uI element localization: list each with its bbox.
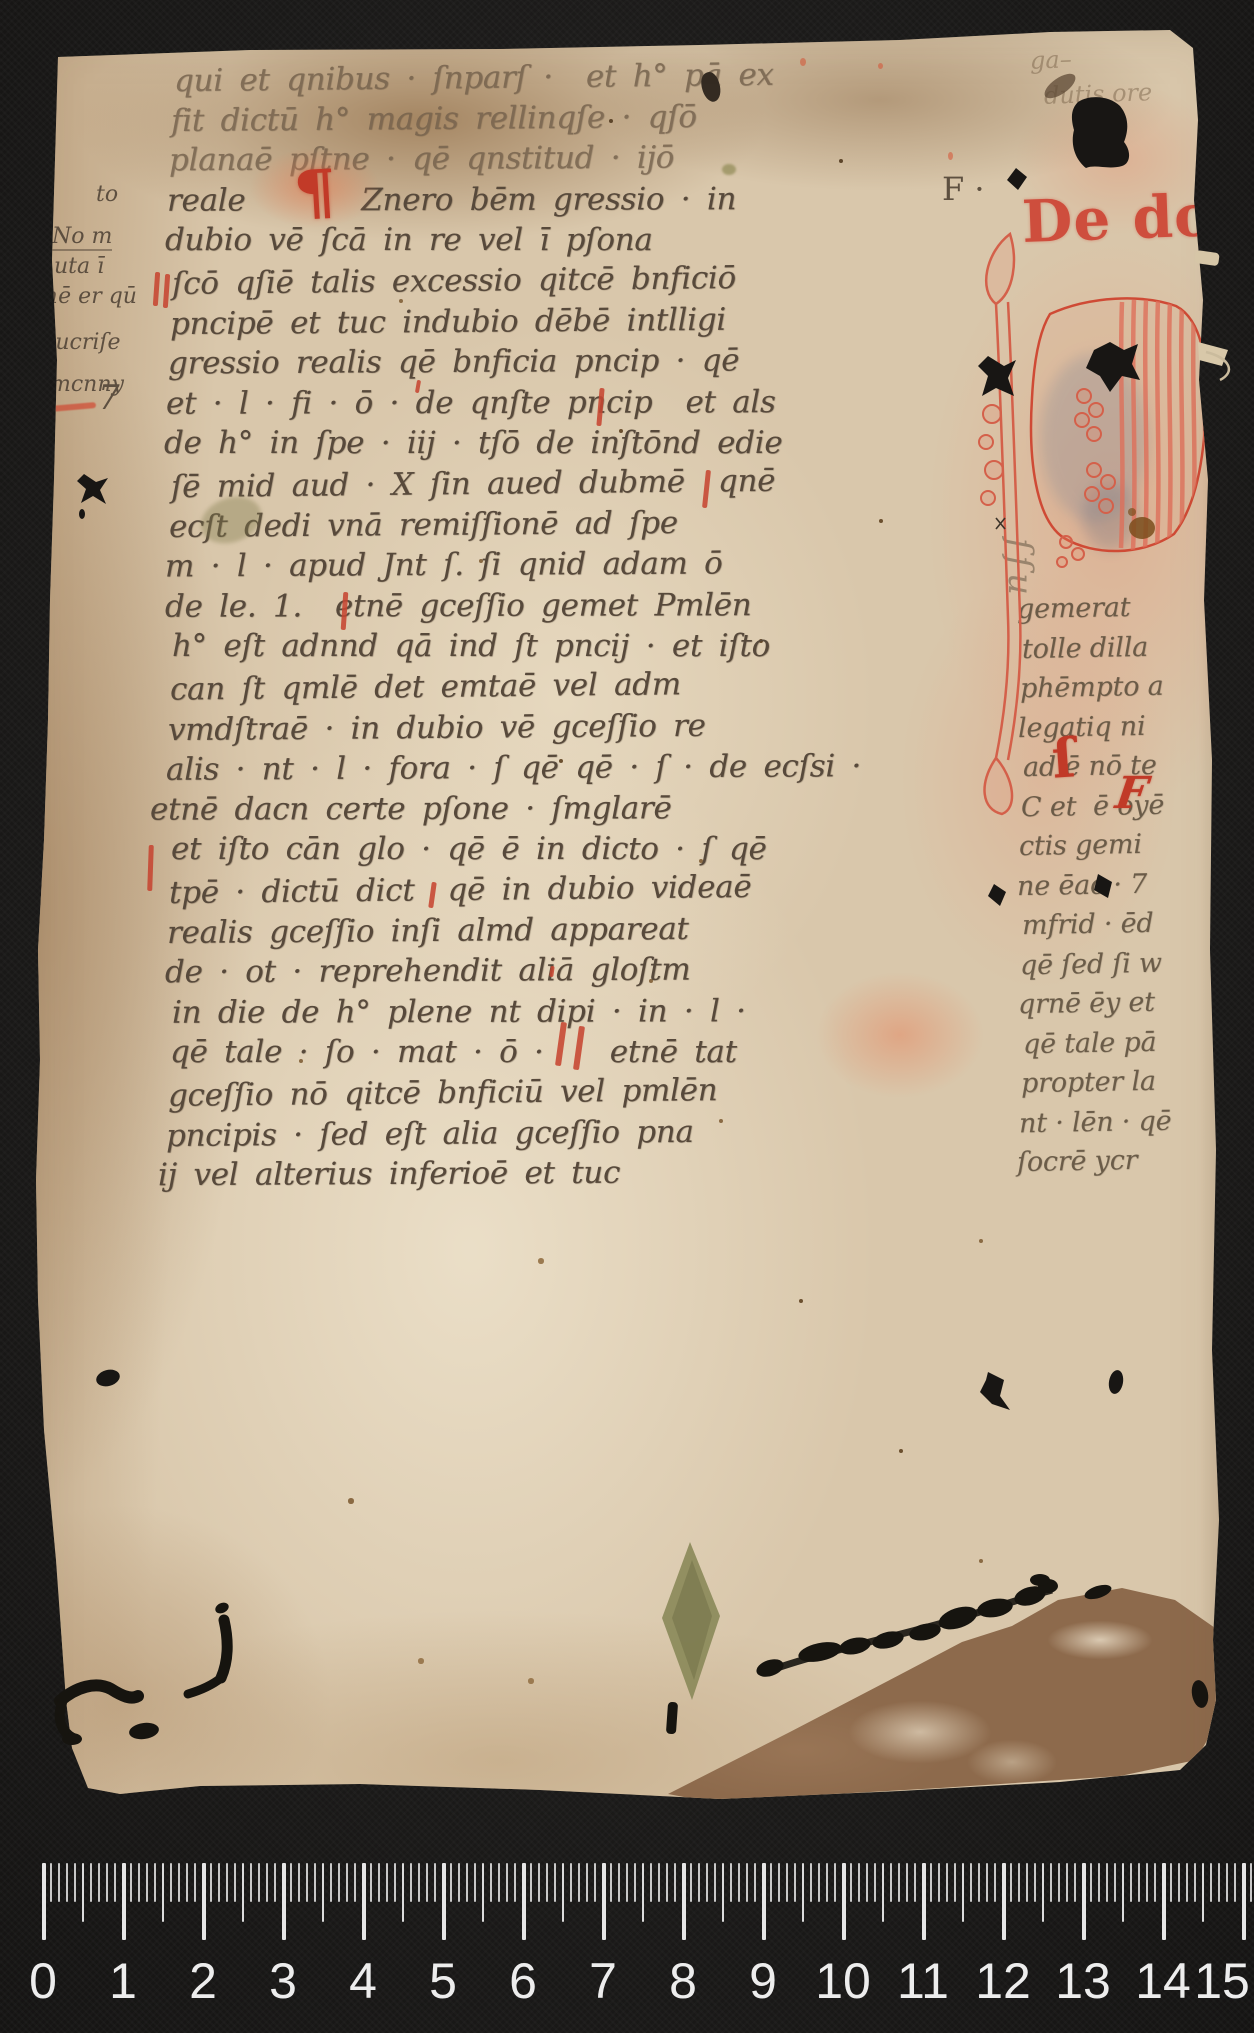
ink-marks <box>60 1574 1211 1745</box>
green-patch <box>662 1542 720 1700</box>
worm-holes <box>77 97 1140 1410</box>
dark-smear <box>1041 69 1080 103</box>
damage-overlay <box>0 0 1254 2033</box>
edge-fibers <box>1194 250 1229 380</box>
manuscript-photograph: qui et qnibus · ſnparſ · et h° pā exfit … <box>0 0 1254 2033</box>
